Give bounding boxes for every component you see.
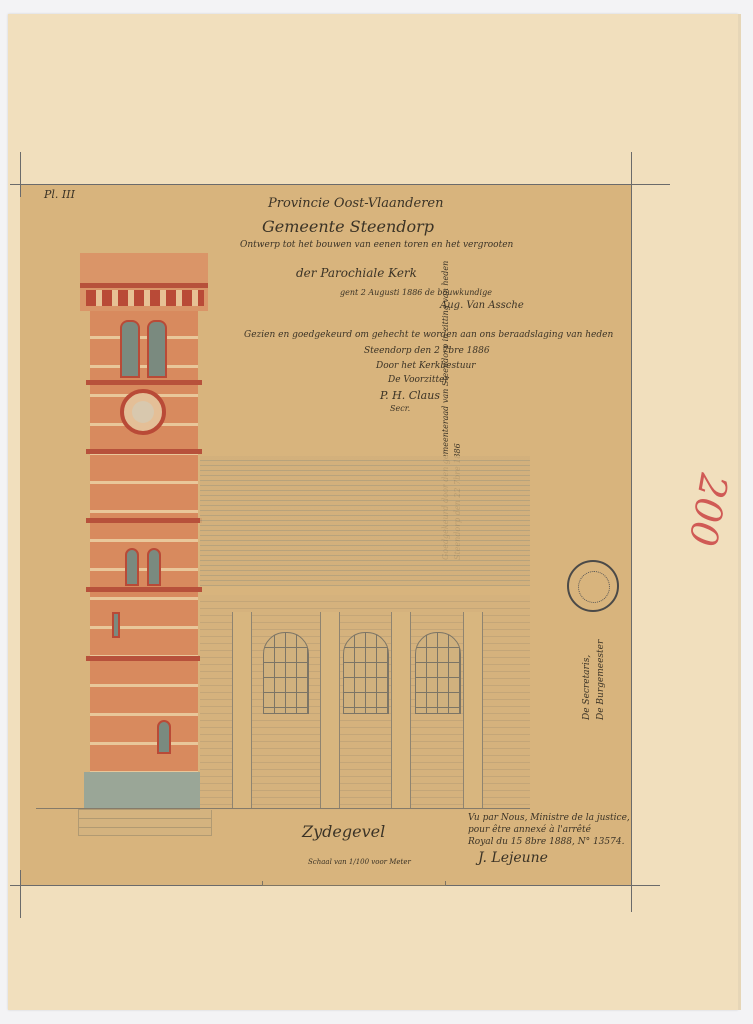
title-municipality: Gemeente Steendorp <box>262 217 434 236</box>
seal-emblem <box>578 571 610 603</box>
pilaster <box>232 612 252 808</box>
ground-line <box>36 808 530 809</box>
council-signatures: De Secretaris, De Burgemeester <box>580 640 608 720</box>
tower-window <box>147 548 161 586</box>
tower-cornice <box>86 587 202 592</box>
tower-cornice <box>86 656 202 661</box>
tower-cornice <box>86 518 202 523</box>
ministry-note-date: Royal du 15 8bre 1888, N° 13574. <box>468 836 638 848</box>
title-project: Ontwerp tot het bouwen van eenen toren e… <box>240 240 513 250</box>
approval-line: Gezien en goedgekeurd om gehecht te word… <box>244 330 613 340</box>
crop-mark <box>10 184 670 185</box>
scale-bar <box>262 881 446 886</box>
ground-window <box>157 720 171 754</box>
clock-face <box>132 401 154 423</box>
pilaster <box>320 612 340 808</box>
ministry-note-line: Vu par Nous, Ministre de la justice, pou… <box>468 812 638 836</box>
architect-note: gent 2 Augusti 1886 de bouwkundige <box>340 288 492 297</box>
tower-arcade <box>86 290 204 306</box>
municipal-seal <box>567 560 619 612</box>
mayor-label: De Burgemeester <box>594 640 608 720</box>
nave-roof <box>200 456 530 586</box>
crop-mark <box>631 152 632 912</box>
pilaster <box>463 612 483 808</box>
slit-window <box>112 612 120 638</box>
tower-window <box>125 548 139 586</box>
ministry-signature: J. Lejeune <box>478 850 548 866</box>
ministry-note: Vu par Nous, Ministre de la justice, pou… <box>468 812 638 848</box>
approval-secretary: Secr. <box>390 404 410 413</box>
tower-clock <box>120 389 166 435</box>
approval-signature: P. H. Claus <box>380 389 440 402</box>
nave-window <box>415 632 461 714</box>
secretary-label: De Secretaris, <box>580 640 594 720</box>
approval-date: Steendorp den 2 7bre 1886 <box>364 346 490 356</box>
crop-mark <box>20 870 21 918</box>
title-church: der Parochiale Kerk <box>296 266 417 280</box>
tower-cornice <box>86 449 202 454</box>
crop-mark <box>20 152 21 197</box>
scale-note: Schaal van 1/100 voor Meter <box>308 858 411 866</box>
belfry-window <box>120 320 140 378</box>
tower-cornice <box>80 283 208 288</box>
elevation-caption: Zydegevel <box>302 822 385 841</box>
nave-window <box>343 632 389 714</box>
tower-steps <box>78 809 212 836</box>
plate-label: Pl. III <box>44 188 75 201</box>
nave-window <box>263 632 309 714</box>
tower-cornice <box>86 380 202 385</box>
stone-plinth <box>84 772 206 809</box>
paper-edge <box>738 14 741 1010</box>
belfry-window <box>147 320 167 378</box>
title-province: Provincie Oost-Vlaanderen <box>268 196 443 211</box>
pilaster <box>391 612 411 808</box>
